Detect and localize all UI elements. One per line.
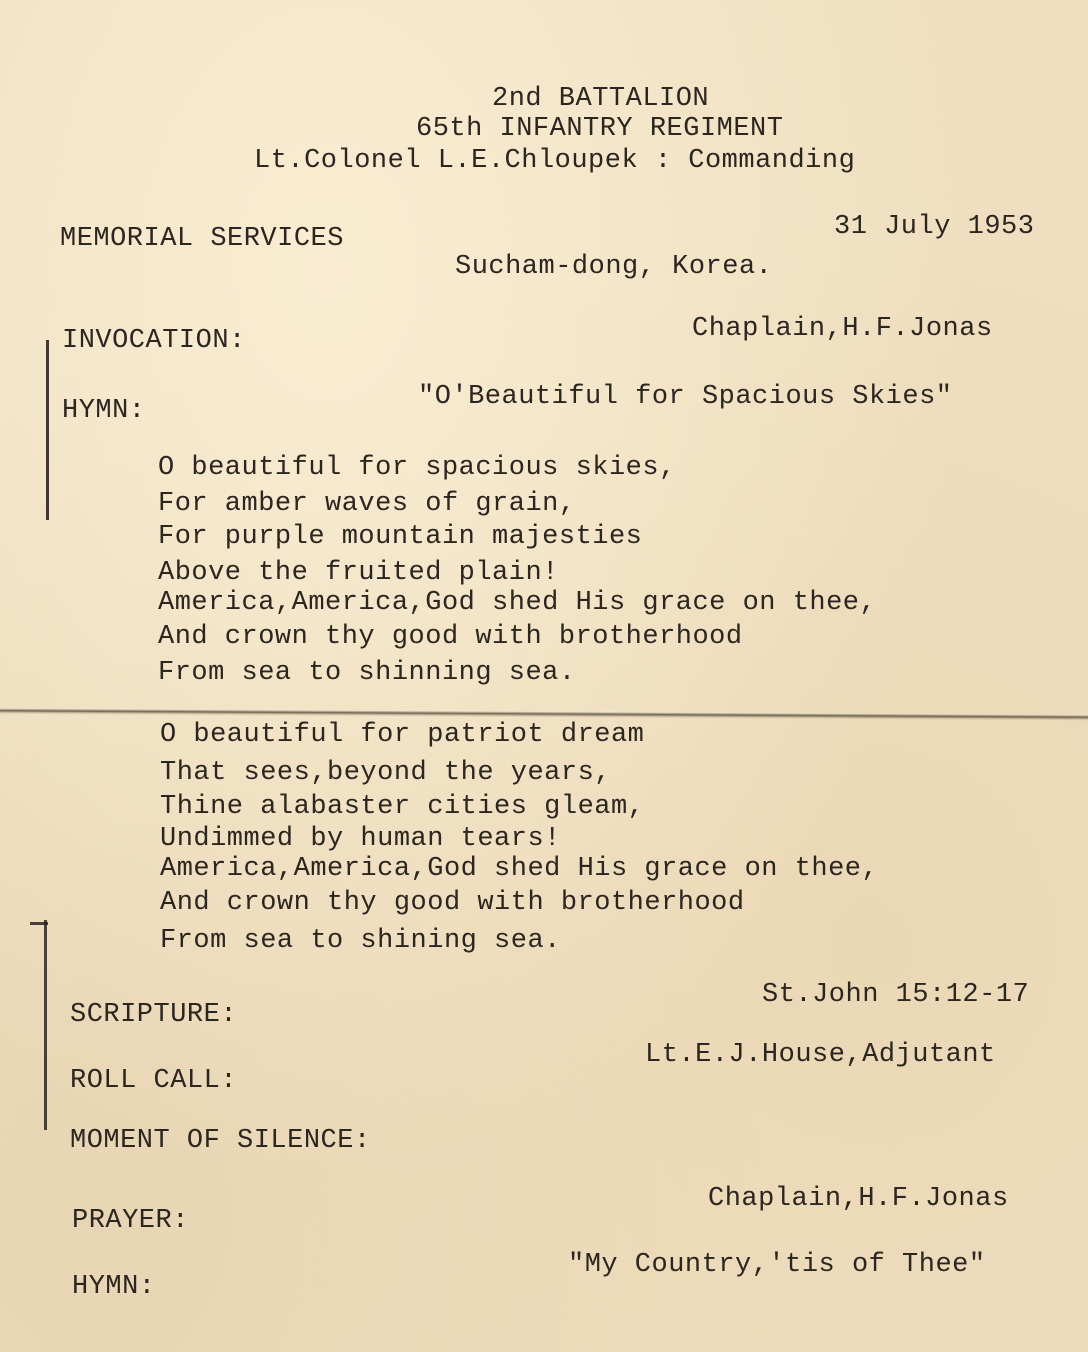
event-date: 31 July 1953 (834, 214, 1034, 241)
program-label-invocation: INVOCATION: (62, 328, 246, 355)
margin-bracket-mark-upper (46, 340, 49, 520)
verse-line: Undimmed by human tears! (160, 826, 561, 853)
program-value-invocation: Chaplain,H.F.Jonas (692, 316, 993, 343)
program-label-hymn-1: HYMN: (62, 398, 146, 425)
program-label-roll-call: ROLL CALL: (70, 1068, 237, 1095)
commander-line: Lt.Colonel L.E.Chloupek : Commanding (254, 148, 855, 175)
verse-line: O beautiful for spacious skies, (158, 455, 676, 482)
verse-line: America,America,God shed His grace on th… (160, 856, 878, 883)
verse-line: O beautiful for patriot dream (160, 722, 644, 749)
regiment-heading: 65th INFANTRY REGIMENT (416, 116, 783, 143)
program-label-hymn-2: HYMN: (72, 1274, 156, 1301)
paper-fold-crease (0, 708, 1088, 721)
program-value-roll-call: Lt.E.J.House,Adjutant (645, 1042, 996, 1069)
event-location: Sucham-dong, Korea. (455, 254, 772, 281)
verse-line: Above the fruited plain! (158, 560, 559, 587)
program-value-prayer: Chaplain,H.F.Jonas (708, 1186, 1009, 1213)
margin-bracket-tick (30, 922, 48, 925)
verse-line: For amber waves of grain, (158, 491, 576, 518)
program-label-prayer: PRAYER: (72, 1208, 189, 1235)
program-label-moment-of-silence: MOMENT OF SILENCE: (70, 1128, 371, 1155)
verse-line: And crown thy good with brotherhood (160, 890, 745, 917)
program-value-hymn-1: "O'Beautiful for Spacious Skies" (418, 384, 952, 411)
program-value-hymn-2: "My Country,'tis of Thee" (568, 1252, 986, 1279)
program-label-scripture: SCRIPTURE: (70, 1002, 237, 1029)
verse-line: Thine alabaster cities gleam, (160, 794, 644, 821)
verse-line: America,America,God shed His grace on th… (158, 590, 876, 617)
program-value-scripture: St.John 15:12-17 (762, 982, 1029, 1009)
event-title: MEMORIAL SERVICES (60, 226, 344, 253)
verse-line: That sees,beyond the years, (160, 760, 611, 787)
margin-bracket-mark-lower (44, 920, 47, 1130)
verse-line: And crown thy good with brotherhood (158, 624, 743, 651)
typewritten-program-page: 2nd BATTALION 65th INFANTRY REGIMENT Lt.… (0, 0, 1088, 1352)
verse-line: From sea to shining sea. (160, 928, 561, 955)
verse-line: From sea to shinning sea. (158, 660, 576, 687)
battalion-heading: 2nd BATTALION (492, 86, 709, 113)
verse-line: For purple mountain majesties (158, 524, 642, 551)
